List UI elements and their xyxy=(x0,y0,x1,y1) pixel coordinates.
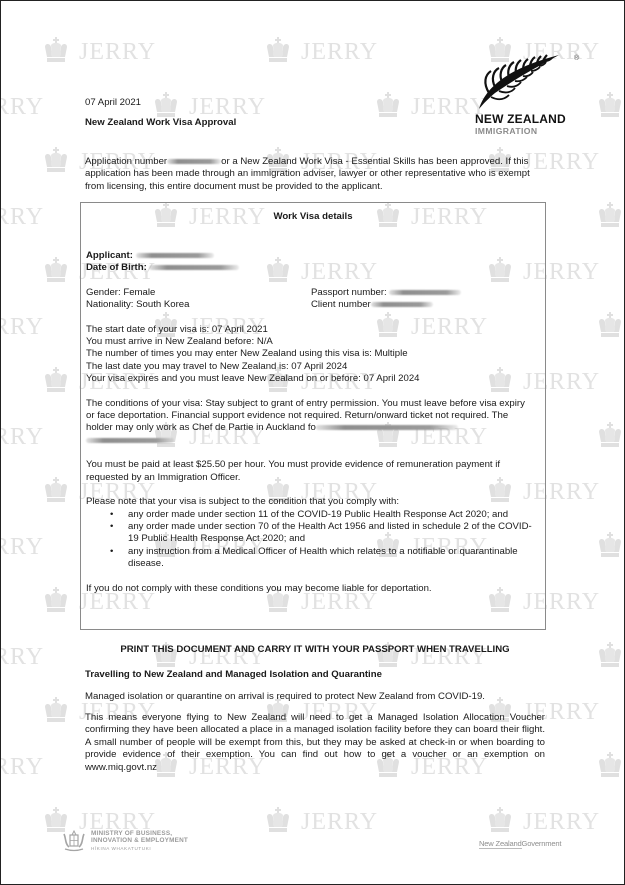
nz-government-footer-logo: New ZealandGovernment xyxy=(479,838,561,850)
visa-dates-list: The start date of your visa is: 07 April… xyxy=(86,324,536,386)
mbie-footer-logo: MINISTRY OF BUSINESS, INNOVATION & EMPLO… xyxy=(61,830,188,852)
redacted-employer-name-cont xyxy=(86,438,174,443)
visa-approval-document: JERRYJERRYJERRYJERRYJERRYJERRYJERRYJERRY… xyxy=(0,0,625,885)
registered-mark: ® xyxy=(574,53,579,65)
redacted-employer-name xyxy=(316,425,458,430)
gender-field: Gender: Female xyxy=(86,287,311,299)
redacted-client-number xyxy=(371,302,433,307)
document-date: 07 April 2021 xyxy=(85,97,141,109)
redacted-passport-number xyxy=(389,290,461,295)
applicant-row: Applicant: xyxy=(86,250,536,262)
personal-info-grid: Gender: Female Nationality: South Korea … xyxy=(86,287,536,312)
document-title: New Zealand Work Visa Approval xyxy=(85,117,236,129)
work-visa-details-box: Work Visa details Applicant: Date of Bir… xyxy=(80,202,546,630)
compliance-conditions-list: any order made under section 11 of the C… xyxy=(86,509,536,571)
dob-row: Date of Birth: xyxy=(86,262,536,274)
nationality-field: Nationality: South Korea xyxy=(86,299,311,311)
visa-date-line: The last date you may travel to New Zeal… xyxy=(86,361,536,373)
silver-fern-icon xyxy=(475,49,567,111)
passport-number-row: Passport number: xyxy=(311,287,536,299)
print-notice: PRINT THIS DOCUMENT AND CARRY IT WITH YO… xyxy=(85,644,545,656)
client-number-row: Client number xyxy=(311,299,536,311)
intro-paragraph: Application numberor a New Zealand Work … xyxy=(85,156,545,193)
pay-requirement-paragraph: You must be paid at least $25.50 per hou… xyxy=(86,459,536,484)
box-heading: Work Visa details xyxy=(81,211,545,223)
compliance-item: any order made under section 11 of the C… xyxy=(86,509,536,521)
coat-of-arms-icon xyxy=(61,830,87,852)
visa-date-line: Your visa expires and you must leave New… xyxy=(86,373,536,385)
miq-heading: Travelling to New Zealand and Managed Is… xyxy=(85,669,382,681)
nz-immigration-logo: ® xyxy=(475,49,585,138)
visa-conditions-paragraph: The conditions of your visa: Stay subjec… xyxy=(86,398,536,448)
compliance-item: any instruction from a Medical Officer o… xyxy=(86,546,536,571)
visa-date-line: You must arrive in New Zealand before: N… xyxy=(86,336,536,348)
redacted-applicant-name xyxy=(136,253,214,258)
compliance-item: any order made under section 70 of the H… xyxy=(86,521,536,546)
deportation-warning: If you do not comply with these conditio… xyxy=(86,583,536,595)
miq-paragraph-1: Managed isolation or quarantine on arriv… xyxy=(85,691,545,703)
miq-paragraph-2: This means everyone flying to New Zealan… xyxy=(85,712,545,774)
logo-text-immigration: IMMIGRATION xyxy=(475,125,585,137)
visa-date-line: The number of times you may enter New Ze… xyxy=(86,348,536,360)
redacted-application-number xyxy=(167,159,221,164)
comply-intro: Please note that your visa is subject to… xyxy=(86,496,536,508)
visa-date-line: The start date of your visa is: 07 April… xyxy=(86,324,536,336)
logo-text-new-zealand: NEW ZEALAND xyxy=(475,113,585,125)
redacted-date-of-birth xyxy=(149,265,239,270)
